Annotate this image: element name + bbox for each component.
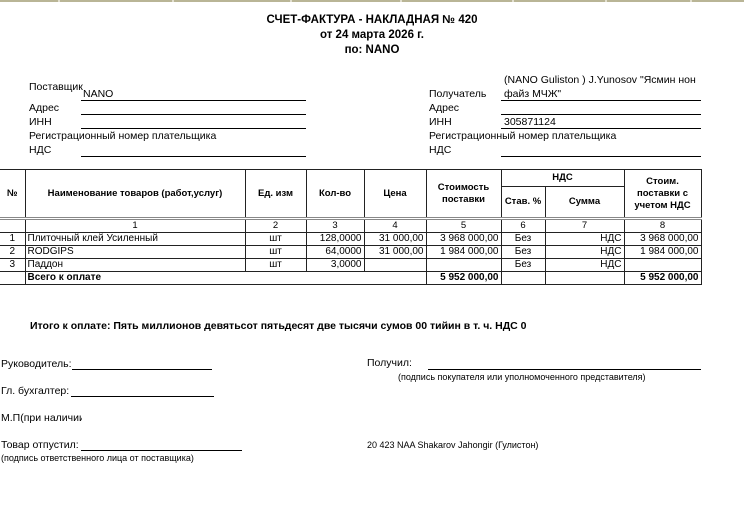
col-header-no: № [0,170,25,219]
total-cost: 5 952 000,00 [426,272,501,285]
cell-cost [426,259,501,272]
total-with-nds: 5 952 000,00 [624,272,701,285]
cell-price: 31 000,00 [364,246,426,259]
supplier-address-underline [81,114,306,115]
recipient-value-line2: файз МЧЖ" [504,88,561,100]
cell-cost: 3 968 000,00 [426,233,501,246]
cell-name: RODGIPS [25,246,245,259]
col-header-nds-sum: Сумма [545,187,624,219]
col-header-cost: Стоимость поставки [426,170,501,219]
col-header-name: Наименование товаров (работ,услуг) [25,170,245,219]
recipient-reg-label: Регистрационный номер плательщика [429,130,616,142]
col-number: 1 [25,219,245,233]
cell-qty: 128,0000 [306,233,364,246]
recipient-inn-label: ИНН [429,116,452,128]
table-row: 2 RODGIPS шт 64,0000 31 000,00 1 984 000… [0,246,701,259]
cell-qty: 64,0000 [306,246,364,259]
col-number: 8 [624,219,701,233]
accountant-signature-line [71,396,214,397]
cell-nds-rate: Без [501,246,545,259]
cell-price: 31 000,00 [364,233,426,246]
cell-unit: шт [245,259,306,272]
cell-nds-sum: НДС [545,259,624,272]
cell-total: 3 968 000,00 [624,233,701,246]
supplier-nds-label: НДС [29,144,51,156]
released-signature-line [81,450,242,451]
recipient-address-label: Адрес [429,102,459,114]
recipient-address-underline [501,114,701,115]
supplier-address-label: Адрес [29,102,59,114]
table-row: 3 Паддон шт 3,0000 Без НДС [0,259,701,272]
supplier-label: Поставщик [29,81,83,93]
col-header-qty: Кол-во [306,170,364,219]
cell-nds-rate: Без [501,233,545,246]
supplier-value: NANO [83,88,113,100]
invoice-table: № Наименование товаров (работ,услуг) Ед.… [0,169,702,285]
total-in-words: Итого к оплате: Пять миллионов девятьсот… [30,320,527,332]
footer-note: 20 423 NAA Shakarov Jahongir (Гулистон) [367,440,538,450]
document-by: по: NANO [0,44,744,56]
accountant-label: Гл. бухгалтер: [1,385,69,397]
total-label: Всего к оплате [25,272,426,285]
col-header-nds-rate: Став. % [501,187,545,219]
cell-price [364,259,426,272]
col-number: 7 [545,219,624,233]
col-number: 6 [501,219,545,233]
cell-unit: шт [245,246,306,259]
received-hint: (подпись покупателя или уполномоченного … [398,372,646,382]
supplier-underline [81,100,306,101]
total-row: Всего к оплате 5 952 000,00 5 952 000,00 [0,272,701,285]
director-label: Руководитель: [1,358,72,370]
director-signature-line [72,369,212,370]
cell-total: 1 984 000,00 [624,246,701,259]
col-header-nds: НДС [501,170,624,187]
cell-name: Плиточный клей Усиленный [25,233,245,246]
released-hint: (подпись ответственного лица от поставщи… [1,453,194,463]
stamp-label: М.П(при наличии [1,412,82,424]
supplier-nds-underline [81,156,306,157]
supplier-reg-label: Регистрационный номер плательщика [29,130,216,142]
document-title: СЧЕТ-ФАКТУРА - НАКЛАДНАЯ № 420 [0,14,744,26]
cell-nds-sum: НДС [545,233,624,246]
table-row: 1 Плиточный клей Усиленный шт 128,0000 3… [0,233,701,246]
cell-nds-sum: НДС [545,246,624,259]
recipient-nds-underline [501,156,701,157]
col-number: 5 [426,219,501,233]
col-header-unit: Ед. изм [245,170,306,219]
document-date: от 24 марта 2026 г. [0,29,744,41]
col-number: 4 [364,219,426,233]
recipient-value-line1: (NANO Guliston ) J.Yunosov "Ясмин нон [504,74,696,86]
released-label: Товар отпустил: [1,439,79,451]
cell-no: 2 [0,246,25,259]
cell-cost: 1 984 000,00 [426,246,501,259]
recipient-label: Получатель [429,88,486,100]
supplier-inn-label: ИНН [29,116,52,128]
supplier-inn-underline [81,128,306,129]
col-header-total-with-nds: Стоим. поставки с учетом НДС [624,170,701,219]
cell-qty: 3,0000 [306,259,364,272]
cell-name: Паддон [25,259,245,272]
recipient-inn-underline [501,128,701,129]
recipient-inn-value: 305871124 [504,116,556,128]
cell-unit: шт [245,233,306,246]
col-number: 2 [245,219,306,233]
cell-no: 3 [0,259,25,272]
col-number: 3 [306,219,364,233]
cell-total [624,259,701,272]
top-border-bar [0,0,744,2]
cell-nds-rate: Без [501,259,545,272]
recipient-nds-label: НДС [429,144,451,156]
cell-no: 1 [0,233,25,246]
col-header-price: Цена [364,170,426,219]
received-label: Получил: [367,357,412,369]
column-number-row: 1 2 3 4 5 6 7 8 [0,219,701,233]
recipient-underline [501,100,701,101]
received-signature-line [428,369,701,370]
